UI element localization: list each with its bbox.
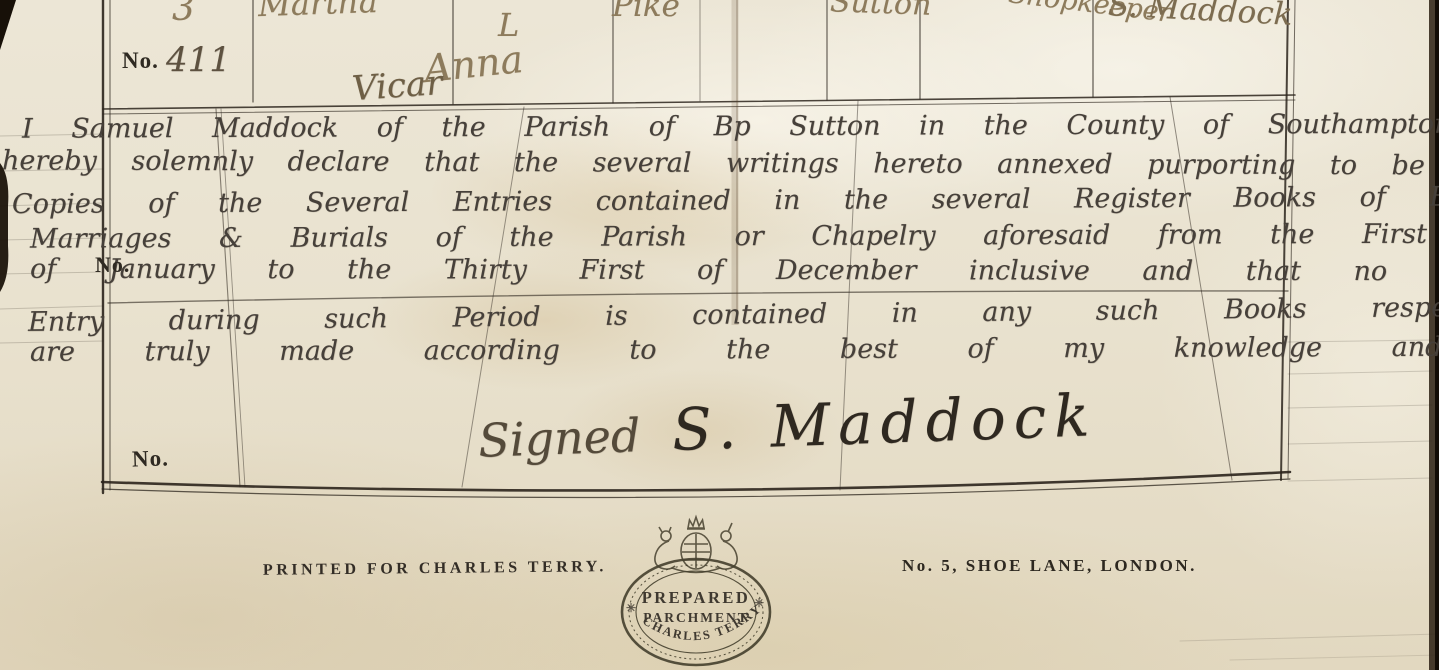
stamp-prepared-text: PREPARED	[642, 588, 751, 607]
declaration-line-1: I Samuel Maddock of the Parish of Bp Sut…	[22, 107, 1439, 146]
declaration-line-5: of January to the Thirty First of Decemb…	[30, 253, 1439, 290]
bottom-no-label: No.	[132, 445, 170, 472]
entry-day-value: 3	[172, 0, 195, 29]
entry-no-label: No.	[122, 48, 159, 74]
entry-no-value: 411	[166, 40, 231, 80]
parchment-stamp: ✳ ✳ PREPARED PARCHMENT CHARLES TERRY	[596, 508, 796, 670]
signature-signed-word: Signed	[477, 408, 641, 468]
printed-for-text: PRINTED FOR CHARLES TERRY.	[263, 558, 607, 580]
stamp-star-left: ✳	[626, 601, 636, 615]
surname-handwriting: Pike	[612, 0, 680, 24]
declaration-line-2: hereby solemnly declare that the several…	[2, 144, 1439, 183]
child-name-handwriting: Martha	[257, 0, 378, 24]
vicar-handwriting: Vicar	[351, 63, 444, 109]
mid-no-label: No.	[95, 252, 130, 278]
address-text: No. 5, SHOE LANE, LONDON.	[902, 556, 1197, 576]
torn-edge-left	[0, 163, 8, 292]
abode-handwriting: Sutton	[829, 0, 932, 23]
declaration-line-4: Marriages & Burials of the Parish or Cha…	[30, 217, 1439, 256]
declaration-line-7: are truly made according to the best of …	[30, 330, 1439, 369]
torn-edge-top-left	[0, 0, 16, 50]
parchment-register-document: 3 No. 411 Martha L Anna Vicar Pike Sutto…	[0, 0, 1439, 670]
